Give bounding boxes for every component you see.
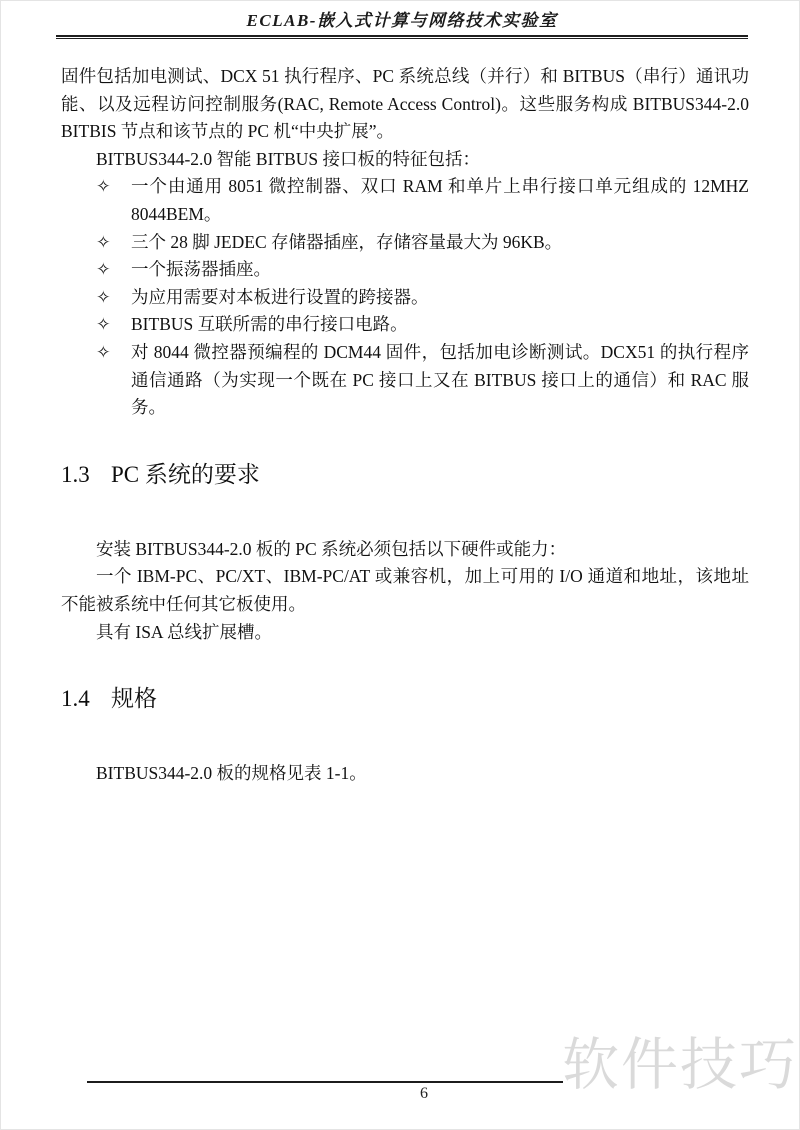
section-heading-1-3: 1.3PC 系统的要求 <box>61 460 749 490</box>
list-item-text: 对 8044 微控器预编程的 DCM44 固件，包括加电诊断测试。DCX51 的… <box>131 339 749 422</box>
section-title: PC 系统的要求 <box>111 462 260 487</box>
list-item-text: 一个振荡器插座。 <box>131 256 749 284</box>
paragraph-spec-reference: BITBUS344-2.0 板的规格见表 1-1。 <box>61 760 749 788</box>
diamond-bullet-icon: ✧ <box>96 229 131 257</box>
section-number: 1.3 <box>61 460 111 490</box>
watermark-text: 软件技巧 <box>562 1034 798 1096</box>
header-title: ECLAB-嵌入式计算与网络技术实验室 <box>56 6 748 31</box>
diamond-bullet-icon: ✧ <box>96 256 131 284</box>
section-title: 规格 <box>111 686 157 711</box>
paragraph-pc-requirements-lead: 安装 BITBUS344-2.0 板的 PC 系统必须包括以下硬件或能力： <box>61 536 749 564</box>
list-item-text: BITBUS 互联所需的串行接口电路。 <box>131 311 749 339</box>
list-item-text: 为应用需要对本板进行设置的跨接器。 <box>131 284 749 312</box>
diamond-bullet-icon: ✧ <box>96 311 131 339</box>
document-page: ECLAB-嵌入式计算与网络技术实验室 固件包括加电测试、DCX 51 执行程序… <box>0 0 800 1130</box>
paragraph-features-lead: BITBUS344-2.0 智能 BITBUS 接口板的特征包括： <box>61 146 749 174</box>
page-number: 6 <box>420 1085 428 1103</box>
diamond-bullet-icon: ✧ <box>96 284 131 312</box>
section-number: 1.4 <box>61 684 111 714</box>
header-rule <box>56 35 748 39</box>
list-item: ✧ 为应用需要对本板进行设置的跨接器。 <box>61 284 749 312</box>
list-item: ✧ 三个 28 脚 JEDEC 存储器插座，存储容量最大为 96KB。 <box>61 229 749 257</box>
page-header: ECLAB-嵌入式计算与网络技术实验室 <box>56 6 748 39</box>
section-heading-1-4: 1.4规格 <box>61 684 749 714</box>
paragraph-pc-compatibility: 一个 IBM-PC、PC/XT、IBM-PC/AT 或兼容机，加上可用的 I/O… <box>61 563 749 618</box>
list-item: ✧ 对 8044 微控器预编程的 DCM44 固件，包括加电诊断测试。DCX51… <box>61 339 749 422</box>
footer-rule <box>87 1081 563 1083</box>
paragraph-isa-slot: 具有 ISA 总线扩展槽。 <box>61 619 749 647</box>
list-item-text: 一个由通用 8051 微控制器、双口 RAM 和单片上串行接口单元组成的 12M… <box>131 173 749 228</box>
list-item-text: 三个 28 脚 JEDEC 存储器插座，存储容量最大为 96KB。 <box>131 229 749 257</box>
page-content: 固件包括加电测试、DCX 51 执行程序、PC 系统总线（并行）和 BITBUS… <box>61 63 749 788</box>
diamond-bullet-icon: ✧ <box>96 339 131 422</box>
list-item: ✧ 一个振荡器插座。 <box>61 256 749 284</box>
list-item: ✧ BITBUS 互联所需的串行接口电路。 <box>61 311 749 339</box>
paragraph-firmware-intro: 固件包括加电测试、DCX 51 执行程序、PC 系统总线（并行）和 BITBUS… <box>61 63 749 146</box>
list-item: ✧ 一个由通用 8051 微控制器、双口 RAM 和单片上串行接口单元组成的 1… <box>61 173 749 228</box>
diamond-bullet-icon: ✧ <box>96 173 131 228</box>
